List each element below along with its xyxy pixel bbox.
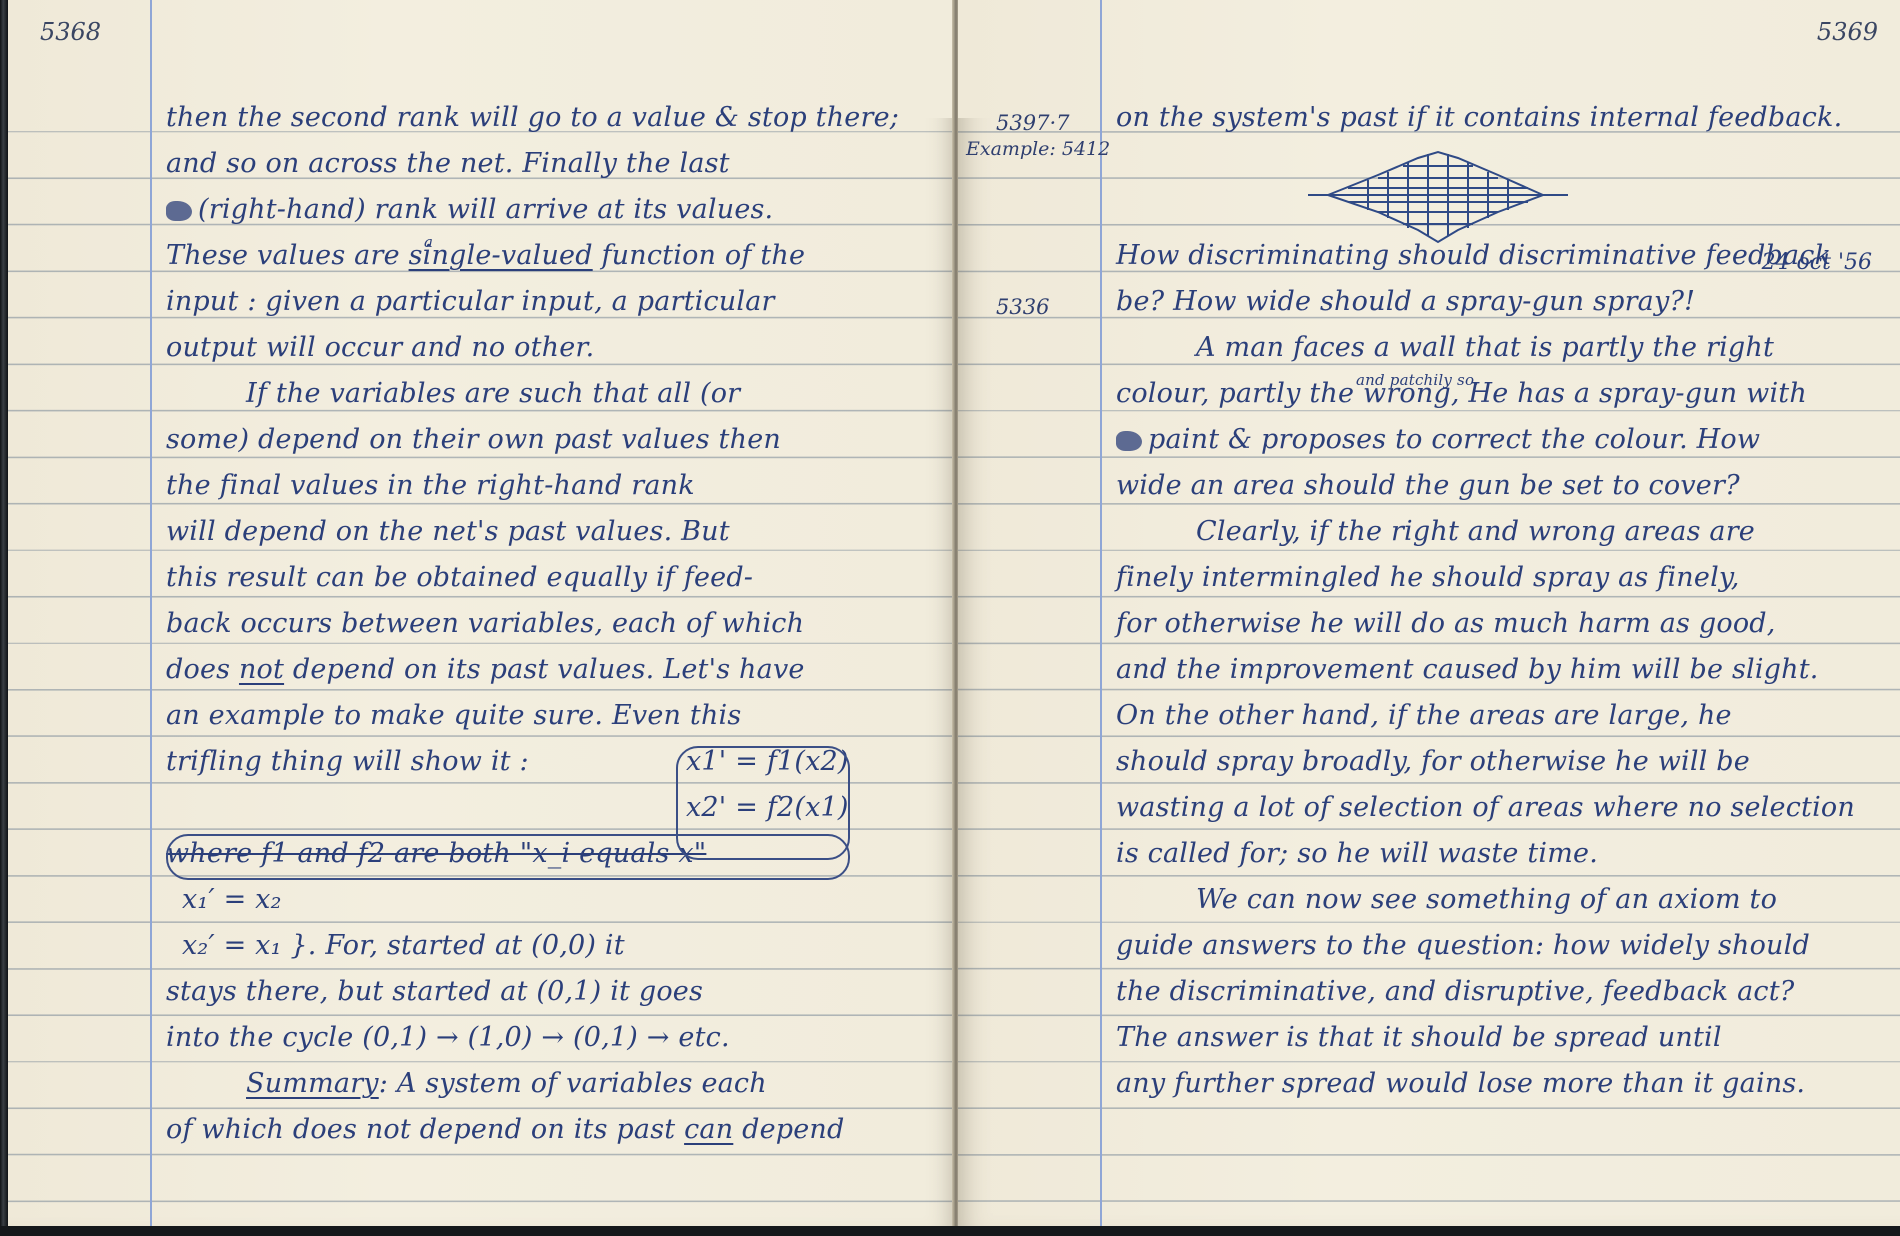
margin-rule <box>150 0 152 1226</box>
text-span: of which does not depend on its past <box>166 1114 684 1145</box>
underlined-word: single-valued <box>409 240 593 271</box>
text-line: this result can be obtained equally if f… <box>166 558 936 604</box>
text-line: input : given a particular input, a part… <box>166 282 936 328</box>
insertion-note: and patchily so. <box>1356 360 1479 400</box>
text-span: }. For, started at <box>282 930 531 961</box>
equation: x₂′ = x₁ <box>182 930 282 961</box>
notebook-spread: 5368 then the second rank will go to a v… <box>0 0 1900 1236</box>
text-line: should spray broadly, for otherwise he w… <box>1116 742 1882 788</box>
text-span: paint & proposes to correct the colour. … <box>1148 424 1760 455</box>
text-span: function of the <box>593 240 805 271</box>
text-line: guide answers to the question: how widel… <box>1116 926 1882 972</box>
left-page: 5368 then the second rank will go to a v… <box>8 0 954 1226</box>
text-line: x₂′ = x₁ }. For, started at (0,0) it <box>166 926 936 972</box>
text-line: A man faces a wall that is partly the ri… <box>1116 328 1882 374</box>
text-line <box>1116 144 1882 190</box>
text-line: We can now see something of an axiom to <box>1116 880 1882 926</box>
text-span: it <box>596 930 625 961</box>
text-line: be? How wide should a spray-gun spray?! <box>1116 282 1882 328</box>
text-line: colour, partly the wrong,and patchily so… <box>1116 374 1882 420</box>
underlined-word: can <box>684 1114 733 1145</box>
text-line: wasting a lot of selection of areas wher… <box>1116 788 1882 834</box>
crossed-out-scribble-icon <box>166 201 192 221</box>
text-line: any further spread would lose more than … <box>1116 1064 1882 1110</box>
text-line: and so on across the net. Finally the la… <box>166 144 936 190</box>
text-line: paint & proposes to correct the colour. … <box>1116 420 1882 466</box>
text-line: the final values in the right-hand rank <box>166 466 936 512</box>
text-line: Summary: A system of variables each <box>166 1064 936 1110</box>
text-line: The answer is that it should be spread u… <box>1116 1018 1882 1064</box>
book-edge-left <box>0 0 8 1236</box>
book-edge-bottom <box>0 1226 1900 1236</box>
text-span: He has a spray-gun with <box>1460 378 1807 409</box>
text-line: of which does not depend on its past can… <box>166 1110 936 1156</box>
text-span: does <box>166 654 239 685</box>
text-line <box>1116 190 1882 236</box>
page-number: 5369 <box>1817 18 1878 46</box>
text-line: If the variables are such that all (or <box>166 374 936 420</box>
text-line: then the second rank will go to a value … <box>166 98 936 144</box>
underlined-word: Summary <box>246 1068 379 1099</box>
text-line: an example to make quite sure. Even this <box>166 696 936 742</box>
margin-rule <box>1100 0 1102 1226</box>
margin-reference: 5397·7 <box>996 112 1069 134</box>
insertion-mark: a <box>424 222 433 262</box>
text-line: finely intermingled he should spray as f… <box>1116 558 1882 604</box>
text-line: On the other hand, if the areas are larg… <box>1116 696 1882 742</box>
state: (0,0) <box>531 930 596 961</box>
left-page-text: then the second rank will go to a value … <box>166 98 936 1156</box>
text-line: some) depend on their own past values th… <box>166 420 936 466</box>
underlined-word: not <box>239 654 284 685</box>
text-line: back occurs between variables, each of w… <box>166 604 936 650</box>
text-line: for otherwise he will do as much harm as… <box>1116 604 1882 650</box>
text-line: on the system's past if it contains inte… <box>1116 98 1882 144</box>
right-page-text: on the system's past if it contains inte… <box>1116 98 1882 1110</box>
text-span: trifling thing will show it : <box>166 746 529 777</box>
crossed-out-scribble-icon <box>1116 431 1142 451</box>
text-line: does not depend on its past values. Let'… <box>166 650 936 696</box>
text-span: depend <box>733 1114 844 1145</box>
note-box-outline <box>166 834 850 880</box>
text-line: the discriminative, and disruptive, feed… <box>1116 972 1882 1018</box>
text-line: output will occur and no other. <box>166 328 936 374</box>
text-line: is called for; so he will waste time. <box>1116 834 1882 880</box>
text-span: depend on its past values. Let's have <box>284 654 805 685</box>
text-line: How discriminating should discriminative… <box>1116 236 1882 282</box>
text-span: These values are <box>166 240 409 271</box>
right-page: 5369 5397·7 Example: 5412 5336 24 oct '5… <box>958 0 1900 1226</box>
text-line: x₁′ = x₂ <box>166 880 936 926</box>
margin-reference: Example: 5412 <box>966 138 1110 160</box>
text-span: : A system of variables each <box>379 1068 767 1099</box>
page-number: 5368 <box>40 18 101 46</box>
text-line: into the cycle (0,1) → (1,0) → (0,1) → e… <box>166 1018 936 1064</box>
margin-reference: 5336 <box>996 296 1049 318</box>
text-line: stays there, but started at (0,1) it goe… <box>166 972 936 1018</box>
text-line: These values are asingle-valued function… <box>166 236 936 282</box>
text-span: (right-hand) rank will arrive at its val… <box>198 194 773 225</box>
text-line: and the improvement caused by him will b… <box>1116 650 1882 696</box>
text-line: Clearly, if the right and wrong areas ar… <box>1116 512 1882 558</box>
text-line: will depend on the net's past values. Bu… <box>166 512 936 558</box>
text-line: wide an area should the gun be set to co… <box>1116 466 1882 512</box>
text-line: (right-hand) rank will arrive at its val… <box>166 190 936 236</box>
